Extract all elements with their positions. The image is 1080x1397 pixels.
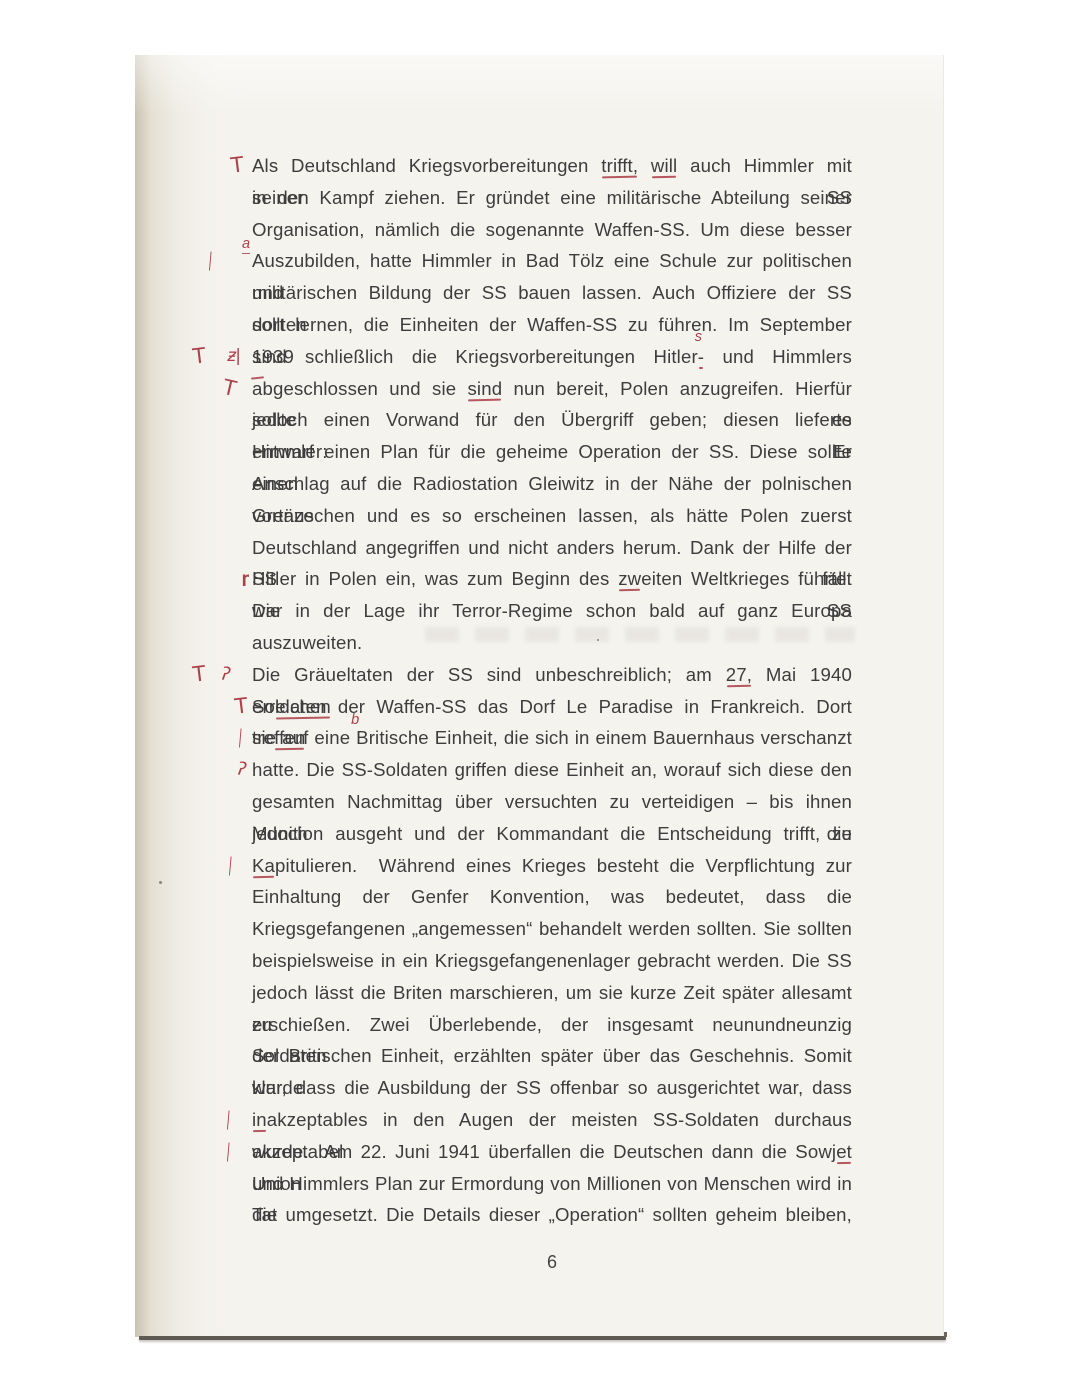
text-line: Tat umgesetzt. Die Details dieser „Opera… (252, 1199, 852, 1231)
text-line: Munition ausgeht und der Kommandant die … (252, 818, 852, 850)
margin-correction-mark: | (226, 849, 235, 881)
text-segment: und Himmlers (704, 346, 852, 367)
text-segment: Einhaltung der Genfer Konvention, was be… (252, 886, 852, 907)
text-line: Organisation, nämlich die sogenannte Waf… (252, 214, 852, 246)
text-segment: Als Deutschland Kriegsvorbereitungen (252, 155, 601, 176)
scanned-document: TAls Deutschland Kriegsvorbereitungen tr… (0, 0, 1080, 1397)
margin-correction-mark: T (191, 340, 208, 373)
text-block: TAls Deutschland Kriegsvorbereitungen tr… (252, 150, 852, 1231)
corrected-text: 27, (726, 664, 752, 685)
text-line: Tƶ|sind schließlich die Kriegsvorbereitu… (252, 341, 852, 373)
text-line: Kriegsgefangenen „angemessen“ behandelt … (252, 913, 852, 945)
text-segment: Kriegsgefangenen „angemessen“ behandelt … (252, 918, 852, 939)
text-segment: Tat umgesetzt. Die Details dieser „Opera… (252, 1204, 852, 1225)
text-line: klar, dass die Ausbildung der SS offenba… (252, 1072, 852, 1104)
text-line: in den Kampf ziehen. Er gründet eine mil… (252, 182, 852, 214)
page-number: 6 (252, 1252, 852, 1273)
corrected-text: sind (467, 378, 502, 399)
margin-correction-mark: | (206, 245, 215, 277)
superscript-correction: s (695, 330, 702, 345)
text-line: gesamten Nachmittag über versuchten zu v… (252, 786, 852, 818)
text-line: jedoch lässt die Briten marschieren, um … (252, 977, 852, 1009)
text-segment: war in der Lage ihr Terror-Regime schon … (252, 600, 852, 621)
text-line: |aAuszubilden, hatte Himmler in Bad Tölz… (252, 245, 852, 277)
corrected-text: zw (618, 568, 641, 589)
corrected-text: Ka (252, 855, 275, 876)
text-line: und Himmlers Plan zur Ermordung von Mill… (252, 1168, 852, 1200)
text-line: der Britischen Einheit, erzählten später… (252, 1040, 852, 1072)
margin-correction-mark: ƶ| (227, 341, 240, 373)
paper-page: TAls Deutschland Kriegsvorbereitungen tr… (135, 55, 944, 1337)
text-segment: auszuweiten. (252, 632, 362, 653)
margin-correction-mark: T (229, 149, 246, 182)
text-segment: klar, dass die Ausbildung der SS offenba… (252, 1077, 852, 1098)
text-line: Deutschland angegriffen und nicht anders… (252, 532, 852, 564)
margin-correction-mark: | (236, 722, 245, 754)
page-bottom-edge (139, 1336, 946, 1340)
margin-correction-mark: T (191, 658, 208, 691)
text-line: beispielsweise in ein Kriegsgefangenenla… (252, 945, 852, 977)
text-segment: Die Gräueltaten der SS sind unbeschreibl… (252, 664, 726, 685)
text-line: TʔDie Gräueltaten der SS sind unbeschrei… (252, 659, 852, 691)
text-segment: Hitler in Polen ein, was zum Beginn des (252, 568, 618, 589)
corrected-text: Auszubilden (252, 250, 355, 271)
corrected-text: will (651, 155, 677, 176)
text-segment: pitulieren. Während eines Krieges besteh… (275, 855, 852, 876)
margin-correction-mark: T (233, 690, 250, 723)
superscript-correction: a (242, 237, 250, 254)
corrected-text: bB (356, 727, 369, 748)
text-segment: sind schließlich die Kriegsvorbereitunge… (252, 346, 698, 367)
margin-correction-mark: | (224, 1104, 233, 1136)
text-line: jedoch einen Vorwand für den Übergriff g… (252, 404, 852, 436)
text-line: erschießen. Zwei Überlebende, der insges… (252, 1009, 852, 1041)
text-line: dort lernen, die Einheiten der Waffen-SS… (252, 309, 852, 341)
margin-correction-mark: ʔ (234, 754, 248, 787)
margin-correction-mark: T (220, 372, 240, 406)
superscript-correction: b (351, 713, 359, 728)
text-line: ɼHitler in Polen ein, was zum Beginn des… (252, 563, 852, 595)
text-line: militärischen Bildung der SS bauen lasse… (252, 277, 852, 309)
text-line: auszuweiten. (252, 627, 852, 659)
margin-correction-mark: ʔ (218, 658, 232, 691)
corrected-text: a (252, 378, 263, 399)
corrected-text: aAuszubilden (252, 250, 355, 271)
corrected-text: trifft, (601, 155, 638, 176)
text-line: Anschlag auf die Radiostation Gleiwitz i… (252, 468, 852, 500)
text-segment: ritische Einheit, die sich in einem Baue… (369, 727, 852, 748)
margin-correction-mark: | (224, 1135, 233, 1167)
text-segment: bgeschlossen und sie (263, 378, 468, 399)
text-line: |Kapitulieren. Während eines Krieges bes… (252, 850, 852, 882)
text-segment: beispielsweise in ein Kriegsgefangenenla… (252, 950, 852, 971)
text-line: TAls Deutschland Kriegsvorbereitungen tr… (252, 150, 852, 182)
text-segment: sie auf eine (252, 727, 356, 748)
text-line: TSoldaten der Waffen-SS das Dorf Le Para… (252, 691, 852, 723)
text-segment: Munition ausgeht und der Kommandant die … (252, 823, 852, 844)
text-segment: wurde. Am 22. Juni 1941 überfallen die D… (252, 1141, 836, 1162)
text-line: ʔhatte. Die SS-Soldaten griffen diese Ei… (252, 754, 852, 786)
corrected-text: in (252, 1109, 267, 1130)
corrected-text: - (698, 346, 704, 367)
corrected-text: et (836, 1141, 852, 1162)
text-line: entwarf einen Plan für die geheime Opera… (252, 436, 852, 468)
corrected-text: B (356, 727, 369, 748)
text-line: vortäuschen und es so erscheinen lassen,… (252, 500, 852, 532)
text-segment: Organisation, nämlich die sogenannte Waf… (252, 219, 852, 240)
text-line: |sie auf eine bBritische Einheit, die si… (252, 722, 852, 754)
text-segment: hatte. Die SS-Soldaten griffen diese Ein… (252, 759, 852, 780)
corrected-text: s- (698, 346, 704, 367)
text-segment: vortäuschen und es so erscheinen lassen,… (252, 505, 852, 526)
text-line: war in der Lage ihr Terror-Regime schon … (252, 595, 852, 627)
text-line: |inakzeptables in den Augen der meisten … (252, 1104, 852, 1136)
text-line: Tabgeschlossen und sie sind nun bereit, … (252, 373, 852, 405)
margin-correction-mark: ɼ (242, 563, 247, 595)
text-line: Einhaltung der Genfer Konvention, was be… (252, 881, 852, 913)
text-segment (638, 155, 651, 176)
text-line: |wurde. Am 22. Juni 1941 überfallen die … (252, 1136, 852, 1168)
paper-speck (159, 881, 162, 884)
text-segment: in den Kampf ziehen. Er gründet eine mil… (252, 187, 852, 208)
